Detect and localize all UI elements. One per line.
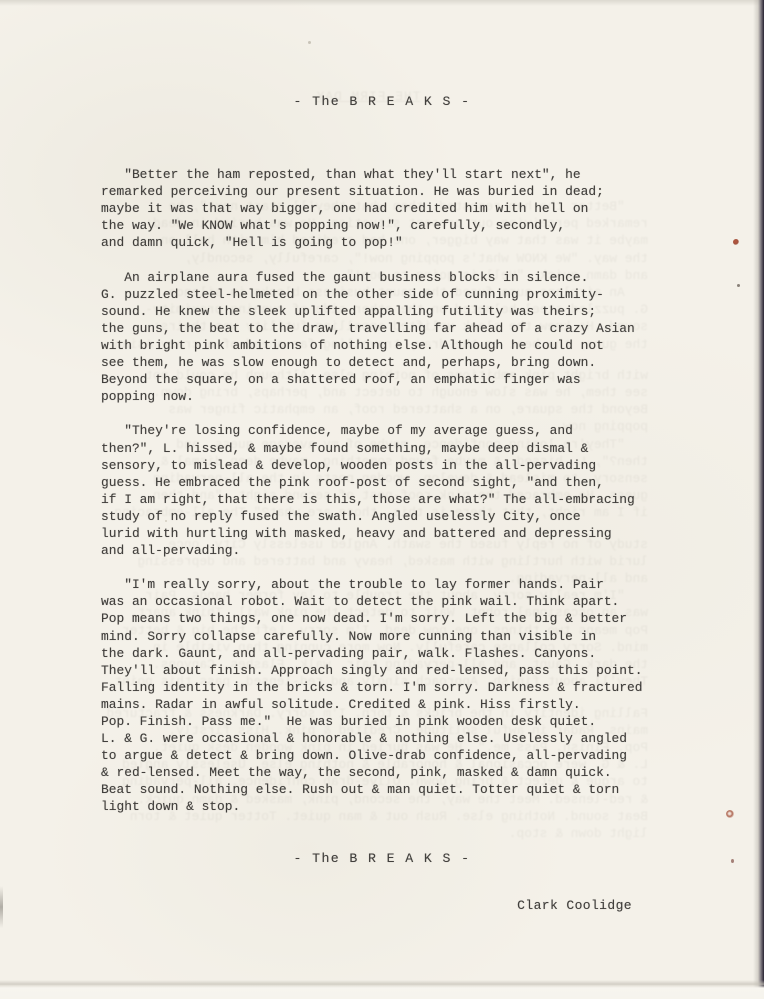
scan-edge-nick xyxy=(0,886,3,928)
text-line: Beat sound. Nothing else. Rush out & man… xyxy=(101,781,681,798)
paper-speck xyxy=(308,41,311,44)
paragraph: "Better the ham reposted, than what they… xyxy=(101,166,681,251)
paper-speck xyxy=(731,859,734,863)
text-line: Falling identity in the bricks & torn. I… xyxy=(101,679,681,696)
text-line: sensory, to mislead & develop, wooden po… xyxy=(101,457,681,474)
text-line: study of no reply fused the swath. Angle… xyxy=(101,508,681,525)
text-line: lurid with hurtling with masked, heavy a… xyxy=(101,525,681,542)
scan-edge-top xyxy=(0,0,764,6)
text-line: "I'm really sorry, about the trouble to … xyxy=(101,576,681,593)
text-line: "They're losing confidence, maybe of my … xyxy=(101,422,681,439)
text-line: was an occasional robot. Wait to detect … xyxy=(101,593,681,610)
paper-speck xyxy=(737,284,740,287)
text-line: see them, he was slow enough to detect a… xyxy=(101,354,681,371)
poem-body: "Better the ham reposted, than what they… xyxy=(101,166,681,833)
text-line: "Better the ham reposted, than what they… xyxy=(101,166,681,183)
text-line: & red-lensed. Meet the way, the second, … xyxy=(101,764,681,781)
text-line: G. puzzled steel-helmeted on the other s… xyxy=(101,286,681,303)
poem-title-footer: - The B R E A K S - xyxy=(0,851,764,866)
text-line: remarked perceiving our present situatio… xyxy=(101,183,681,200)
text-line: and all-pervading. xyxy=(101,542,681,559)
paper-speck xyxy=(726,810,734,818)
text-line: sound. He knew the sleek uplifted appall… xyxy=(101,303,681,320)
text-line: L. & G. were occasional & honorable & no… xyxy=(101,730,681,747)
text-line: maybe it was that way bigger, one had cr… xyxy=(101,200,681,217)
paper-speck xyxy=(733,239,739,245)
text-line: mains. Radar in awful solitude. Credited… xyxy=(101,696,681,713)
text-line: Beyond the square, on a shattered roof, … xyxy=(101,371,681,388)
scan-edge-bottom xyxy=(0,980,764,999)
paragraph: "I'm really sorry, about the trouble to … xyxy=(101,576,681,815)
text-line: They'll about finish. Approach singly an… xyxy=(101,662,681,679)
text-line: with bright pink ambitions of nothing el… xyxy=(101,337,681,354)
text-line: and damn quick, "Hell is going to pop!" xyxy=(101,234,681,251)
scan-edge-right xyxy=(753,0,764,999)
text-line: Pop means two things, one now dead. I'm … xyxy=(101,610,681,627)
text-line: Pop. Finish. Pass me." He was buried in … xyxy=(101,713,681,730)
text-line: light down & stop. xyxy=(101,798,681,815)
text-line: the dark. Gaunt, and all-pervading pair,… xyxy=(101,645,681,662)
paragraph: "They're losing confidence, maybe of my … xyxy=(101,422,681,559)
text-line: the way. "We KNOW what's popping now!", … xyxy=(101,217,681,234)
scanned-page: THE FIRM DAY "Better the ham reposted, t… xyxy=(0,0,764,999)
poem-title: - The B R E A K S - xyxy=(0,94,764,109)
text-line: An airplane aura fused the gaunt busines… xyxy=(101,269,681,286)
text-line: popping now. xyxy=(101,388,681,405)
text-line: guess. He embraced the pink roof-post of… xyxy=(101,474,681,491)
text-line: if I am right, that there is this, those… xyxy=(101,491,681,508)
text-line: mind. Sorry collapse carefully. Now more… xyxy=(101,628,681,645)
text-line: the guns, the beat to the draw, travelli… xyxy=(101,320,681,337)
paragraph: An airplane aura fused the gaunt busines… xyxy=(101,269,681,406)
paper-speck xyxy=(165,520,167,522)
text-line: then?", L. hissed, & maybe found somethi… xyxy=(101,440,681,457)
text-line: to argue & detect & bring down. Olive-dr… xyxy=(101,747,681,764)
author-name: Clark Coolidge xyxy=(101,898,632,913)
